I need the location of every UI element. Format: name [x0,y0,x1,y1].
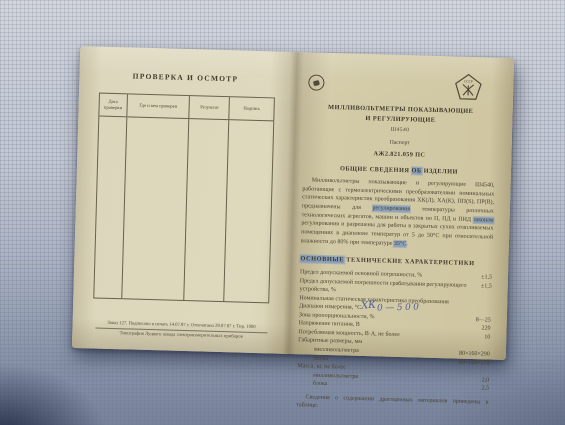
closing-note: Сведения о содержании драгоценных матери… [296,393,488,416]
page-left: ПРОВЕРКА И ОСМОТР Дата проверки Где и ке… [72,46,292,354]
document-type: Паспорт [304,137,496,148]
factory-emblem-icon [308,74,324,90]
photo-scene: ПРОВЕРКА И ОСМОТР Дата проверки Где и ке… [0,0,565,425]
table-body-cell [185,119,230,301]
spec-list: Предел допускаемой основной погрешности,… [297,269,492,394]
spec-value: 10 [484,333,490,342]
passport-document: ПРОВЕРКА И ОСМОТР Дата проверки Где и ке… [72,46,514,360]
ussr-state-quality-mark-icon: СССР [453,72,484,103]
section-heading-general-info: ОБЩИЕ СВЕДЕНИЯ ОБ ИЗДЕЛИИ [303,164,495,176]
table-body-cell [225,120,274,302]
highlighted-word: ОСНОВНЫЕ [300,256,344,264]
page-right: СССР МИЛЛИВОЛЬТМЕТРЫ ПОКАЗЫВАЮЩИЕ И РЕГУ… [284,52,514,360]
table-header-cell: Дата проверки [99,94,127,117]
general-info-paragraph: Милливольтметры показывающие и регулирую… [301,176,495,251]
svg-text:СССР: СССР [464,79,473,83]
table-header-cell: Результат [190,96,231,119]
highlighted-word: ОБ [411,167,421,174]
table-body-cell [122,117,190,300]
highlighted-word: регулирования [372,205,410,212]
spec-value: 220 [481,325,490,334]
spec-value: ±1,5 [481,282,492,291]
table-body-row [94,117,273,303]
spec-value: 2,0 [482,376,490,385]
highlighted-word: законам [473,217,493,224]
highlighted-word: 35°С [394,240,407,246]
spec-value: ±1,5 [481,274,492,283]
print-imprint: Заказ 127. Подписано в печать 14.07.87 г… [88,319,274,341]
table-header-cell: Подпись [230,97,274,120]
section-heading-specs: ОСНОВНЫЕ ТЕХНИЧЕСКИЕ ХАРАКТЕРИСТИКИ [300,256,492,268]
inspection-title: ПРОВЕРКА И ОСМОТР [79,70,291,85]
table-header-cell: Где и кем проверен [127,94,190,118]
document-code: АЖ2.821.059 ПС [303,148,495,160]
inspection-table: Дата проверки Где и кем проверен Результ… [93,93,275,304]
stamps-row: СССР [305,72,498,107]
spec-value: 2,5 [481,384,489,393]
